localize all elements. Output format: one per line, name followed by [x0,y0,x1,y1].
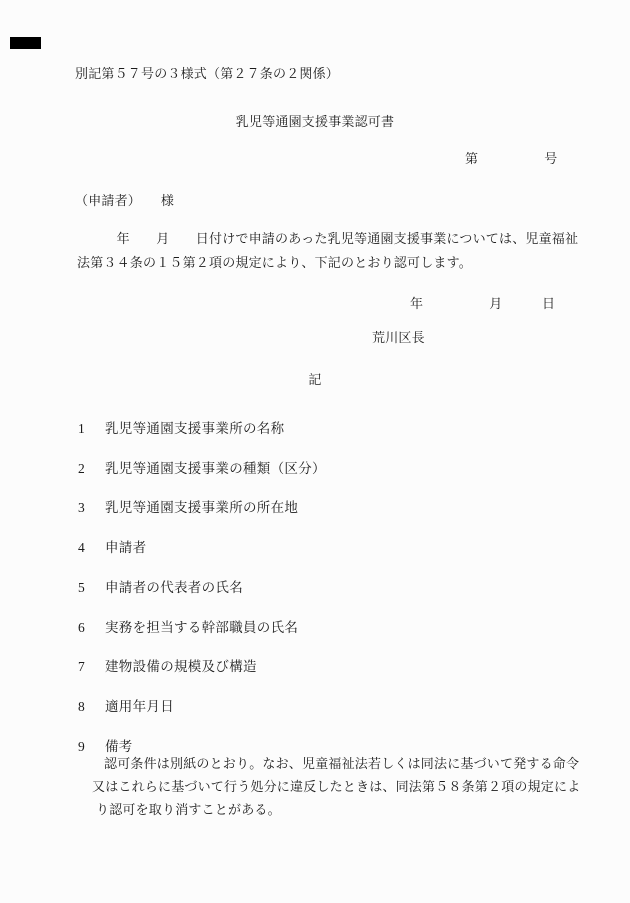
item-label: 備考 [105,739,133,754]
item-label: 乳児等通園支援事業所の所在地 [105,500,298,515]
list-item: 2乳児等通園支援事業の種類（区分） [78,457,326,477]
list-item: 8適用年月日 [78,695,174,715]
item-label: 申請者の代表者の氏名 [105,580,243,595]
item-number: 4 [78,540,105,556]
item-number: 6 [78,620,105,636]
item-number: 1 [78,421,105,437]
issuer-name: 荒川区長 [372,330,425,346]
item-label: 建物設備の規模及び構造 [105,659,257,674]
item-number: 3 [78,500,105,516]
form-number-line: 別記第５７号の３様式（第２７条の２関係） [75,66,339,82]
item-number: 5 [78,580,105,596]
list-item: 4申請者 [78,536,146,556]
issue-date-line: 年 月 日 [410,296,555,312]
doc-number-line: 第 号 [465,151,557,167]
item-number: 8 [78,699,105,715]
remarks-line1: 認可条件は別紙のとおり。なお、児童福祉法若しくは同法に基づいて発する命令 [104,756,579,772]
item-label: 実務を担当する幹部職員の氏名 [105,620,298,635]
item-label: 乳児等通園支援事業の種類（区分） [105,461,326,476]
item-label: 乳児等通園支援事業所の名称 [105,421,284,436]
page-title: 乳児等通園支援事業認可書 [0,114,630,130]
certificate-page: 別記第５７号の３様式（第２７条の２関係） 乳児等通園支援事業認可書 第 号 （申… [0,0,630,903]
scan-corner-mark [10,37,41,49]
list-item: 6実務を担当する幹部職員の氏名 [78,616,298,636]
item-number: 2 [78,461,105,477]
body-paragraph-line2: 法第３４条の１５第２項の規定により、下記のとおり認可します。 [77,255,472,271]
list-item: 7建物設備の規模及び構造 [78,655,257,675]
list-item: 3乳児等通園支援事業所の所在地 [78,496,298,516]
item-label: 適用年月日 [105,699,174,714]
list-item: 5申請者の代表者の氏名 [78,576,243,596]
item-number: 7 [78,659,105,675]
remarks-line2: 又はこれらに基づいて行う処分に違反したときは、同法第５８条第２項の規定によ [92,779,580,795]
applicant-line: （申請者） 様 [75,193,174,209]
item-number: 9 [78,739,105,755]
item-label: 申請者 [105,540,146,555]
body-paragraph-line1: 年 月 日付けで申請のあった乳児等通園支援事業については、児童福祉 [77,231,578,247]
ki-heading: 記 [0,372,630,388]
remarks-line3: り認可を取り消すことがある。 [96,802,281,818]
list-item: 1乳児等通園支援事業所の名称 [78,417,284,437]
list-item: 9備考 [78,735,133,755]
